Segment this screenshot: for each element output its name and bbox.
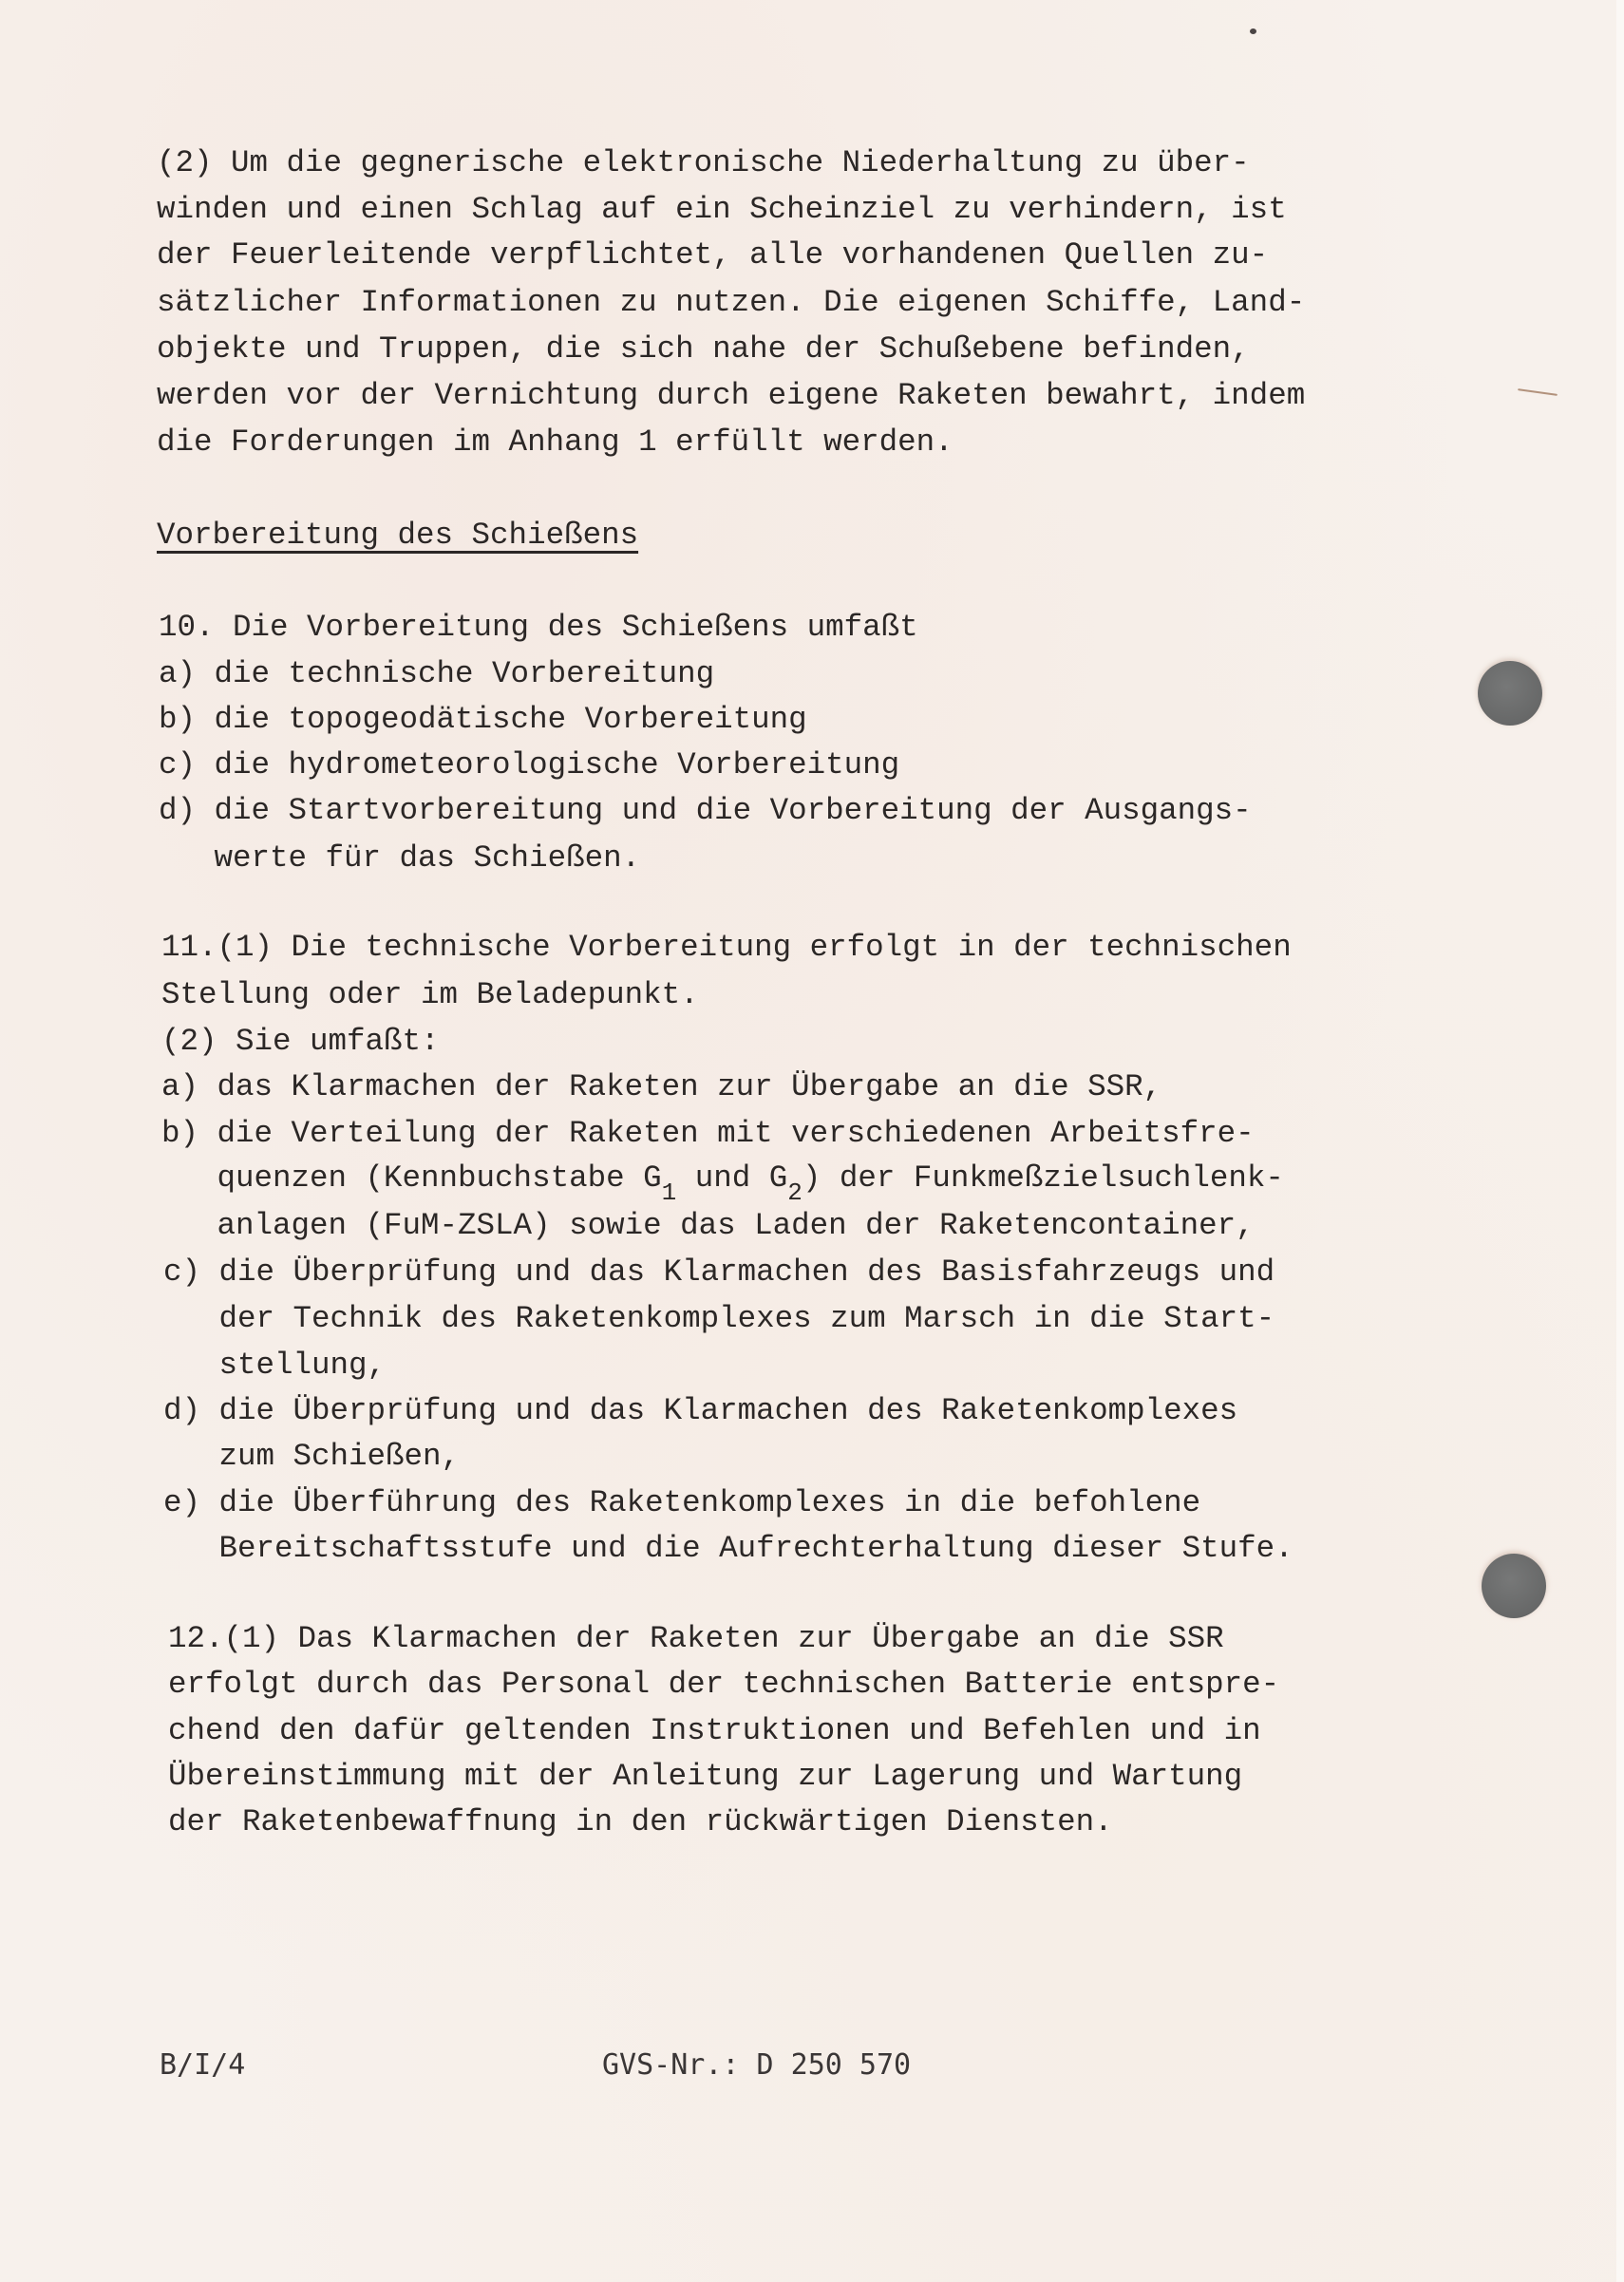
page-edge [1616, 0, 1624, 2282]
list-item: c) die Überprüfung und das Klarmachen de… [163, 1254, 1275, 1292]
text-line: 11.(1) Die technische Vorbereitung erfol… [161, 929, 1292, 967]
list-item: b) die Verteilung der Raketen mit versch… [161, 1115, 1255, 1153]
text-line: der Technik des Raketenkomplexes zum Mar… [163, 1300, 1275, 1338]
text-line: zum Schießen, [163, 1438, 460, 1476]
text-line: der Raketenbewaffnung in den rückwärtige… [168, 1803, 1113, 1841]
text-fragment: quenzen (Kennbuchstabe G [161, 1160, 662, 1196]
list-item: d) die Startvorbereitung und die Vorbere… [159, 792, 1252, 830]
list-item: b) die topogeodätische Vorbereitung [159, 701, 807, 739]
text-fragment: ) der Funkmeßzielsuchlenk- [803, 1160, 1284, 1196]
text-line: (2) Um die gegnerische elektronische Nie… [157, 144, 1250, 182]
text-line: werte für das Schießen. [159, 839, 640, 877]
subscript: 1 [662, 1179, 677, 1207]
text-line: der Feuerleitende verpflichtet, alle vor… [157, 236, 1268, 274]
text-line: stellung, [163, 1347, 386, 1385]
subscript: 2 [787, 1179, 803, 1207]
text-line: Stellung oder im Beladepunkt. [161, 976, 699, 1014]
text-line-subscripts: quenzen (Kennbuchstabe G1 und G2) der Fu… [161, 1160, 1284, 1198]
text-line: die Forderungen im Anhang 1 erfüllt werd… [157, 424, 954, 462]
gvs-number: GVS-Nr.: D 250 570 [602, 2046, 911, 2084]
text-line: Bereitschaftsstufe und die Aufrechterhal… [163, 1530, 1294, 1568]
text-line: chend den dafür geltenden Instruktionen … [168, 1712, 1261, 1750]
page-reference: B/I/4 [160, 2046, 245, 2084]
text-line: sätzlicher Informationen zu nutzen. Die … [157, 284, 1305, 322]
list-item: a) das Klarmachen der Raketen zur Überga… [161, 1068, 1161, 1106]
text-line: objekte und Truppen, die sich nahe der S… [157, 330, 1250, 368]
section-heading: Vorbereitung des Schießens [157, 517, 638, 555]
list-item: c) die hydrometeorologische Vorbereitung [159, 746, 899, 784]
text-fragment: und G [676, 1160, 787, 1196]
text-line: anlagen (FuM-ZSLA) sowie das Laden der R… [161, 1207, 1255, 1245]
text-line: winden und einen Schlag auf ein Scheinzi… [157, 191, 1287, 229]
text-line: 12.(1) Das Klarmachen der Raketen zur Üb… [168, 1620, 1224, 1658]
text-line: Übereinstimmung mit der Anleitung zur La… [168, 1758, 1242, 1796]
ink-speck [1250, 28, 1256, 34]
text-line: erfolgt durch das Personal der technisch… [168, 1666, 1279, 1704]
text-line: 10. Die Vorbereitung des Schießens umfaß… [159, 609, 918, 647]
text-line: (2) Sie umfaßt: [161, 1023, 440, 1061]
list-item: e) die Überführung des Raketenkomplexes … [163, 1484, 1200, 1522]
punch-hole-bottom [1482, 1554, 1546, 1618]
list-item: d) die Überprüfung und das Klarmachen de… [163, 1392, 1237, 1430]
list-item: a) die technische Vorbereitung [159, 655, 714, 693]
punch-hole-top [1478, 661, 1542, 726]
text-line: werden vor der Vernichtung durch eigene … [157, 377, 1305, 415]
paper-fiber [1518, 388, 1558, 396]
